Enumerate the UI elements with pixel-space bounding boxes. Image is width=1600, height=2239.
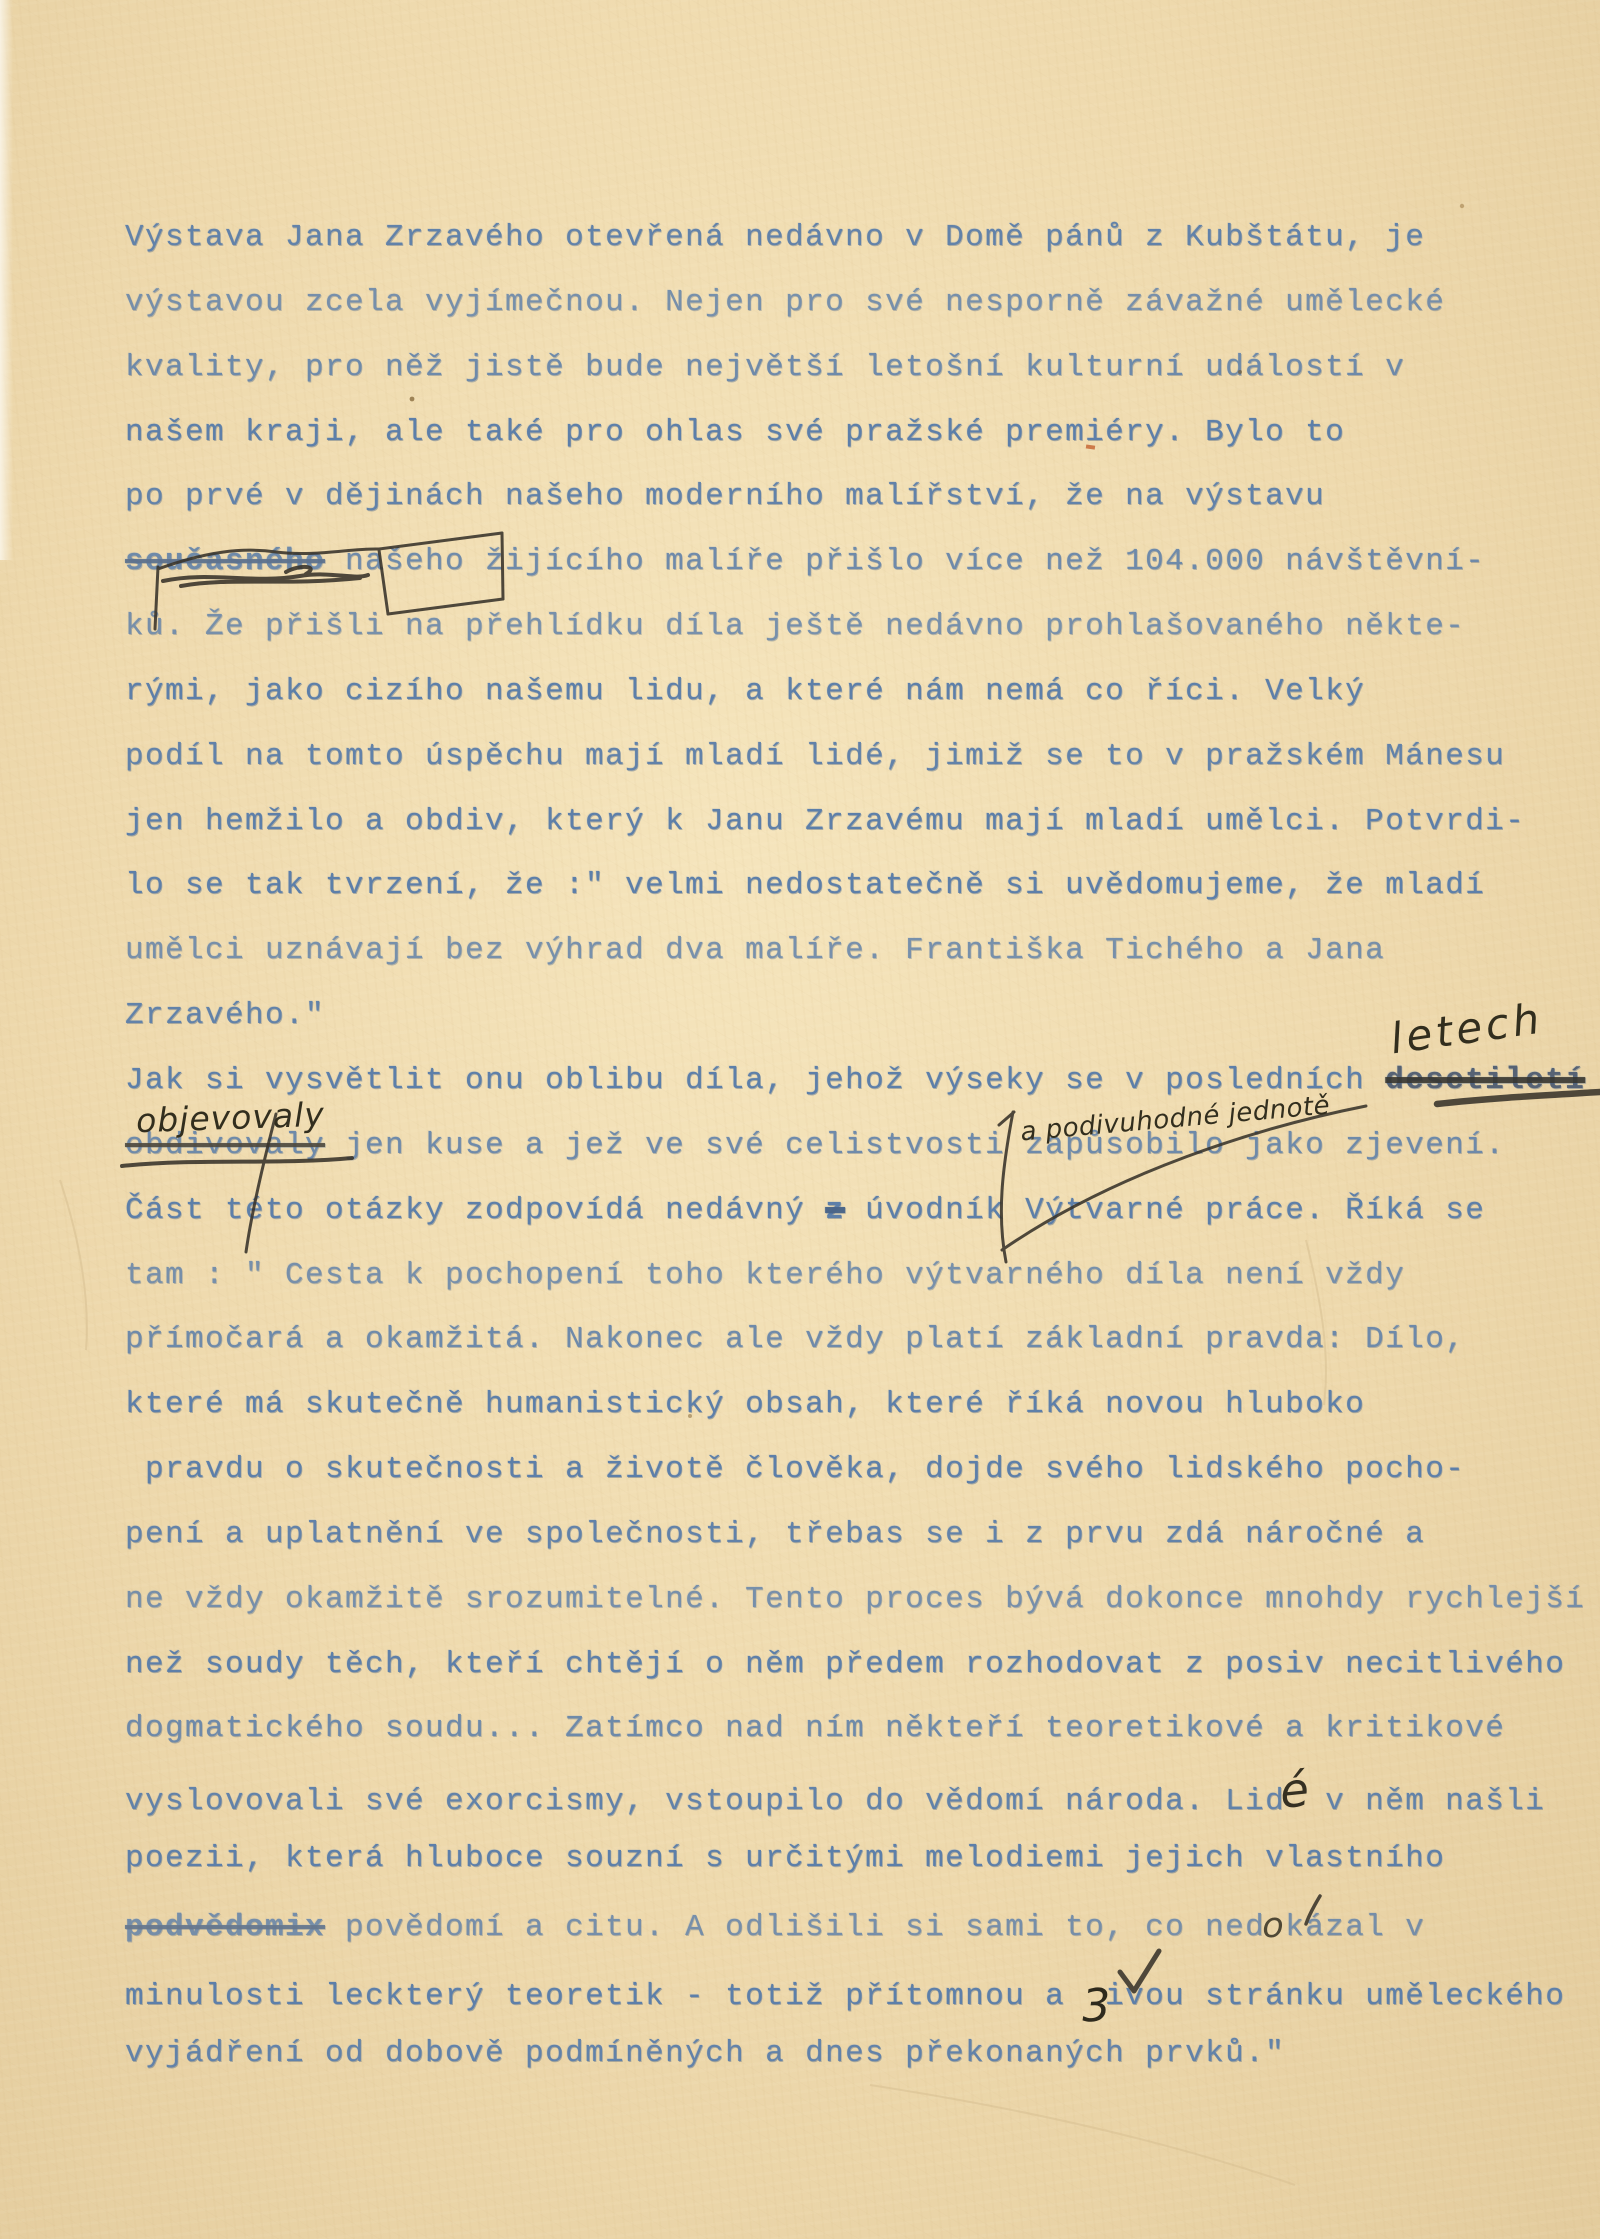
typed-line-7: ků. Že přišli na přehlídku díla ještě ne…	[125, 604, 1600, 669]
typed-line-26: poezii, která hluboce souzní s určitými …	[125, 1836, 1600, 1901]
typed-text: pení a uplatnění ve společnosti, třebas …	[125, 1517, 1425, 1552]
typed-text: Výstava Jana Zrzavého otevřená nedávno v…	[125, 220, 1425, 255]
typed-text: podvědomix	[125, 1910, 325, 1945]
typed-text: rými, jako cizího našemu lidu, a které n…	[125, 674, 1365, 709]
typed-text: Jak si vysvětlit onu oblibu díla, jehož …	[125, 1063, 1385, 1098]
typed-line-24: dogmatického soudu... Zatímco nad ním ně…	[125, 1706, 1600, 1771]
paper-edge-highlight	[0, 0, 13, 560]
typed-text: dogmatického soudu... Zatímco nad ním ně…	[125, 1711, 1505, 1746]
typed-line-28: minulosti leckterý teoretik - totiž přít…	[125, 1966, 1600, 2031]
handwritten-correction: 3	[1081, 1982, 1103, 2029]
typed-text: našem kraji, ale také pro ohlas své praž…	[125, 415, 1345, 450]
typed-text: v něm našli	[1305, 1784, 1545, 1819]
typed-text: ne vždy okamžitě srozumitelné. Tento pro…	[125, 1582, 1585, 1617]
typed-text: než soudy těch, kteří chtějí o něm přede…	[125, 1647, 1565, 1682]
typed-text	[325, 544, 345, 579]
typed-line-9: podíl na tomto úspěchu mají mladí lidé, …	[125, 734, 1600, 799]
typed-text: Část této otázky zodpovídá nedávný	[125, 1193, 825, 1228]
typed-text-block: Výstava Jana Zrzavého otevřená nedávno v…	[125, 215, 1600, 2095]
typed-line-18: přímočará a okamžitá. Nakonec ale vždy p…	[125, 1317, 1600, 1382]
typed-line-16: Část této otázky zodpovídá nedávný z úvo…	[125, 1188, 1600, 1253]
typed-line-15: obdivovaly jen kuse a jež ve své celistv…	[125, 1123, 1600, 1188]
typed-line-12: umělci uznávají bez výhrad dva malíře. F…	[125, 928, 1600, 993]
typed-line-8: rými, jako cizího našemu lidu, a které n…	[125, 669, 1600, 734]
typed-line-20: pravdu o skutečnosti a životě člověka, d…	[125, 1447, 1600, 1512]
typed-line-23: než soudy těch, kteří chtějí o něm přede…	[125, 1642, 1600, 1707]
typed-line-19: které má skutečně humanistický obsah, kt…	[125, 1382, 1600, 1447]
typed-text: našeho	[345, 544, 465, 579]
typed-text: tam : " Cesta k pochopení toho kterého v…	[125, 1258, 1405, 1293]
handwritten-word-objevovaly: objevovaly	[135, 1095, 325, 1141]
typed-text: podíl na tomto úspěchu mají mladí lidé, …	[125, 739, 1505, 774]
manuscript-page: Výstava Jana Zrzavého otevřená nedávno v…	[0, 0, 1600, 2239]
typed-text: výstavou zcela vyjímečnou. Nejen pro své…	[125, 285, 1445, 320]
typed-text: úvodník Výtvarné práce. Říká se	[845, 1193, 1485, 1228]
typed-text: poezii, která hluboce souzní s určitými …	[125, 1841, 1445, 1876]
typed-text: povědomí a citu. A odlišili si sami to, …	[325, 1910, 1265, 1945]
typed-text: kázal v	[1285, 1910, 1425, 1945]
typed-line-2: výstavou zcela vyjímečnou. Nejen pro své…	[125, 280, 1600, 345]
typed-text: minulosti leckterý teoretik - totiž přít…	[125, 1979, 1085, 2014]
typed-text: po prvé v dějinách našeho moderního malí…	[125, 479, 1325, 514]
typed-text: vyslovovali své exorcismy, vstoupilo do …	[125, 1784, 1285, 1819]
typed-line-17: tam : " Cesta k pochopení toho kterého v…	[125, 1253, 1600, 1318]
typed-text: přímočará a okamžitá. Nakonec ale vždy p…	[125, 1322, 1465, 1357]
typed-text: kvality, pro něž jistě bude největší let…	[125, 350, 1405, 385]
typed-text: lo se tak tvrzení, že :" velmi nedostate…	[125, 868, 1485, 903]
typed-line-22: ne vždy okamžitě srozumitelné. Tento pro…	[125, 1577, 1600, 1642]
typed-text: ků. Že přišli na přehlídku díla ještě ne…	[125, 609, 1465, 644]
typed-line-1: Výstava Jana Zrzavého otevřená nedávno v…	[125, 215, 1600, 280]
typed-text: z	[825, 1193, 845, 1228]
typed-line-11: lo se tak tvrzení, že :" velmi nedostate…	[125, 863, 1600, 928]
typed-line-5: po prvé v dějinách našeho moderního malí…	[125, 474, 1600, 539]
handwritten-correction: o	[1262, 1903, 1282, 1949]
typed-text: které má skutečně humanistický obsah, kt…	[125, 1387, 1365, 1422]
typed-text: ivou stránku uměleckého	[1105, 1979, 1565, 2014]
typed-line-27: podvědomix povědomí a citu. A odlišili s…	[125, 1901, 1600, 1966]
typed-text: současného	[125, 544, 325, 579]
typed-text: jen hemžilo a obdiv, který k Janu Zrzavé…	[125, 804, 1525, 839]
typed-line-25: vyslovovali své exorcismy, vstoupilo do …	[125, 1771, 1600, 1836]
typed-line-3: kvality, pro něž jistě bude největší let…	[125, 345, 1600, 410]
typed-line-29: vyjádření od dobově podmíněných a dnes p…	[125, 2031, 1600, 2096]
typed-text: desetiletí	[1385, 1063, 1585, 1098]
typed-line-6: současného našeho žijícího malíře přišlo…	[125, 539, 1600, 604]
typed-text: žijícího malíře přišlo více než 104.000 …	[465, 544, 1485, 579]
typed-line-14: Jak si vysvětlit onu oblibu díla, jehož …	[125, 1058, 1600, 1123]
typed-line-21: pení a uplatnění ve společnosti, třebas …	[125, 1512, 1600, 1577]
typed-text: vyjádření od dobově podmíněných a dnes p…	[125, 2036, 1285, 2071]
handwritten-correction: é	[1278, 1768, 1303, 1816]
typed-text: umělci uznávají bez výhrad dva malíře. F…	[125, 933, 1385, 968]
typed-text: pravdu o skutečnosti a životě člověka, d…	[125, 1452, 1465, 1487]
typed-text: Zrzavého."	[125, 998, 325, 1033]
typed-text: jen kuse a jež ve své celistvosti zapůso…	[325, 1128, 1505, 1163]
typed-line-4: našem kraji, ale také pro ohlas své praž…	[125, 410, 1600, 475]
typed-line-13: Zrzavého."	[125, 993, 1600, 1058]
typed-line-10: jen hemžilo a obdiv, který k Janu Zrzavé…	[125, 799, 1600, 864]
